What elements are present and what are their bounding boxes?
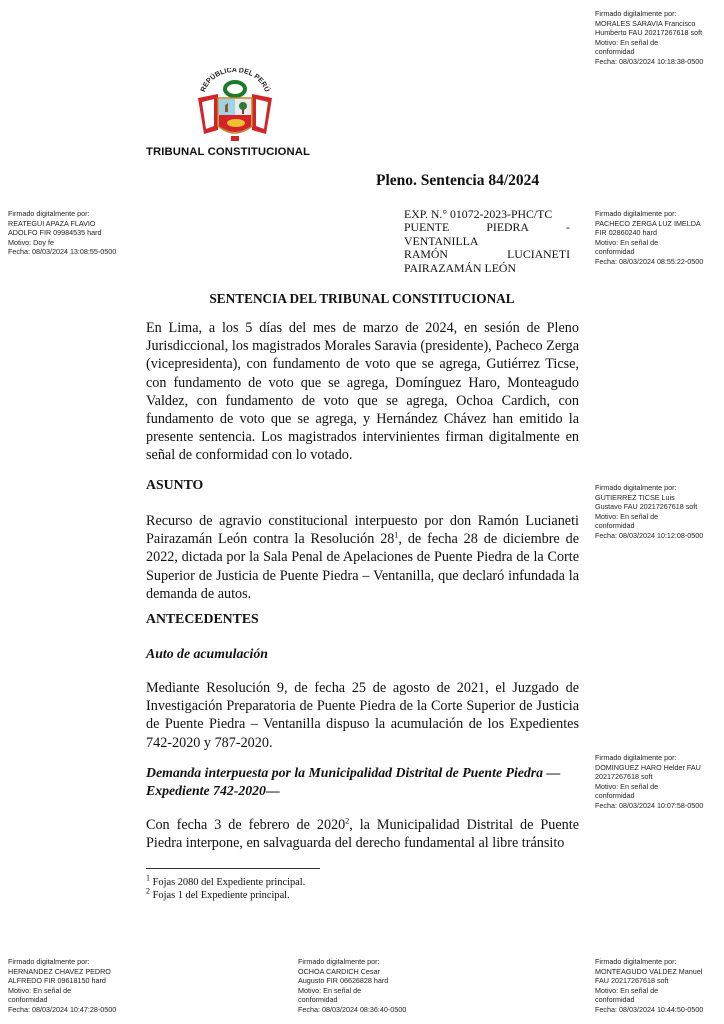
signature-block-ochoa[interactable]: Firmado digitalmente por: OCHOA CARDICH … xyxy=(298,957,406,1015)
case-party-line: RAMÓN LUCIANETI xyxy=(404,248,570,261)
signature-block-gutierrez[interactable]: Firmado digitalmente por: GUTIERREZ TICS… xyxy=(595,483,703,541)
signature-line: Motivo: En señal de xyxy=(595,782,703,792)
intro-paragraph: En Lima, a los 5 días del mes de marzo d… xyxy=(146,319,579,465)
footnote-text: Fojas 1 del Expediente principal. xyxy=(150,890,290,901)
signature-line: Firmado digitalmente por: xyxy=(595,209,703,219)
signature-line: Motivo: En señal de xyxy=(8,986,116,996)
signature-line: Gustavo FAU 20217267618 soft xyxy=(595,502,703,512)
signature-line: conformidad xyxy=(8,995,116,1005)
asunto-heading: ASUNTO xyxy=(146,477,203,493)
signature-line: conformidad xyxy=(595,247,703,257)
signature-line: 20217267618 soft xyxy=(595,772,703,782)
signature-block-morales[interactable]: Firmado digitalmente por: MORALES SARAVI… xyxy=(595,9,703,67)
signature-line: Motivo: En señal de xyxy=(298,986,406,996)
signature-block-dominguez[interactable]: Firmado digitalmente por: DOMINGUEZ HARO… xyxy=(595,753,703,811)
signature-line: Firmado digitalmente por: xyxy=(8,957,116,967)
signature-line: Firmado digitalmente por: xyxy=(595,753,703,763)
signature-line: conformidad xyxy=(595,995,703,1005)
signature-block-reategui[interactable]: Firmado digitalmente por: REATEGUI APAZA… xyxy=(8,209,116,257)
document-title: SENTENCIA DEL TRIBUNAL CONSTITUCIONAL xyxy=(146,291,578,307)
case-place-dash: - xyxy=(566,221,570,234)
signature-line: Motivo: En señal de xyxy=(595,512,703,522)
asunto-paragraph: Recurso de agravio constitucional interp… xyxy=(146,512,579,603)
case-place-line: PUENTE PIEDRA - xyxy=(404,221,570,234)
signature-line: Fecha: 08/03/2024 10:44:50-0500 xyxy=(595,1005,703,1015)
case-party-line-2: PAIRAZAMÁN LEÓN xyxy=(404,262,570,275)
signature-line: Firmado digitalmente por: xyxy=(298,957,406,967)
case-number: EXP. N.° 01072-2023-PHC/TC xyxy=(404,208,570,221)
signature-line: Fecha: 08/03/2024 08:36:40-0500 xyxy=(298,1005,406,1015)
signature-line: Fecha: 08/03/2024 10:18:38-0500 xyxy=(595,57,703,67)
signature-line: Fecha: 08/03/2024 13:08:55-0500 xyxy=(8,247,116,257)
footnote-2: 2 Fojas 1 del Expediente principal. xyxy=(146,889,290,902)
signature-line: PACHECO ZERGA LUZ IMELDA xyxy=(595,219,703,229)
signature-line: Motivo: En señal de xyxy=(595,38,703,48)
signature-line: MORALES SARAVIA Francisco xyxy=(595,19,703,29)
case-place-line-2: VENTANILLA xyxy=(404,235,570,248)
signature-line: FAU 20217267618 soft xyxy=(595,976,703,986)
signature-line: conformidad xyxy=(595,791,703,801)
signature-line: Motivo: En señal de xyxy=(595,986,703,996)
signature-line: ALFREDO FIR 09618150 hard xyxy=(8,976,116,986)
signature-line: conformidad xyxy=(595,521,703,531)
signature-line: Fecha: 08/03/2024 08:55:22-0500 xyxy=(595,257,703,267)
signature-block-monteagudo[interactable]: Firmado digitalmente por: MONTEAGUDO VAL… xyxy=(595,957,703,1015)
footnote-1: 1 Fojas 2080 del Expediente principal. xyxy=(146,876,305,889)
decision-title: Pleno. Sentencia 84/2024 xyxy=(376,172,539,190)
signature-block-hernandez[interactable]: Firmado digitalmente por: HERNANDEZ CHAV… xyxy=(8,957,116,1015)
signature-line: Fecha: 08/03/2024 10:07:58-0500 xyxy=(595,801,703,811)
signature-line: Firmado digitalmente por: xyxy=(595,9,703,19)
signature-line: Motivo: Doy fe xyxy=(8,238,116,248)
auto-paragraph: Mediante Resolución 9, de fecha 25 de ag… xyxy=(146,679,579,752)
signature-line: Fecha: 08/03/2024 10:47:28-0500 xyxy=(8,1005,116,1015)
signature-line: REATEGUI APAZA FLAVIO xyxy=(8,219,116,229)
signature-line: Firmado digitalmente por: xyxy=(8,209,116,219)
signature-line: Firmado digitalmente por: xyxy=(595,957,703,967)
signature-line: ADOLFO FIR 09984535 hard xyxy=(8,228,116,238)
case-party-word: LUCIANETI xyxy=(507,248,570,261)
antecedentes-heading: ANTECEDENTES xyxy=(146,611,259,627)
signature-line: OCHOA CARDICH Cesar xyxy=(298,967,406,977)
footnote-text: Fojas 2080 del Expediente principal. xyxy=(150,877,305,888)
signature-line: Augusto FIR 06626828 hard xyxy=(298,976,406,986)
case-party-word: RAMÓN xyxy=(404,248,448,261)
demanda-heading: Demanda interpuesta por la Municipalidad… xyxy=(146,764,579,800)
institution-name: TRIBUNAL CONSTITUCIONAL xyxy=(146,146,310,158)
signature-line: Firmado digitalmente por: xyxy=(595,483,703,493)
signature-line: MONTEAGUDO VALDEZ Manuel xyxy=(595,967,703,977)
signature-line: Humberto FAU 20217267618 soft xyxy=(595,28,703,38)
signature-line: DOMINGUEZ HARO Helder FAU xyxy=(595,763,703,773)
signature-line: FIR 02860240 hard xyxy=(595,228,703,238)
case-place-word: PUENTE xyxy=(404,221,449,234)
signature-line: Motivo: En señal de xyxy=(595,238,703,248)
signature-line: HERNANDEZ CHAVEZ PEDRO xyxy=(8,967,116,977)
signature-line: conformidad xyxy=(595,47,703,57)
signature-line: conformidad xyxy=(298,995,406,1005)
auto-heading: Auto de acumulación xyxy=(146,645,579,663)
footnote-divider xyxy=(146,868,320,869)
signature-line: Fecha: 08/03/2024 10:12:08-0500 xyxy=(595,531,703,541)
signature-line: GUTIERREZ TICSE Luis xyxy=(595,493,703,503)
case-place-word: PIEDRA xyxy=(486,221,529,234)
coat-of-arms-logo: REPÚBLICA DEL PERÚ xyxy=(190,68,280,146)
demanda-text: Con fecha 3 de febrero de 2020 xyxy=(146,817,345,833)
demanda-paragraph: Con fecha 3 de febrero de 20202, la Muni… xyxy=(146,816,579,852)
case-info: EXP. N.° 01072-2023-PHC/TC PUENTE PIEDRA… xyxy=(404,208,570,275)
signature-block-pacheco[interactable]: Firmado digitalmente por: PACHECO ZERGA … xyxy=(595,209,703,267)
